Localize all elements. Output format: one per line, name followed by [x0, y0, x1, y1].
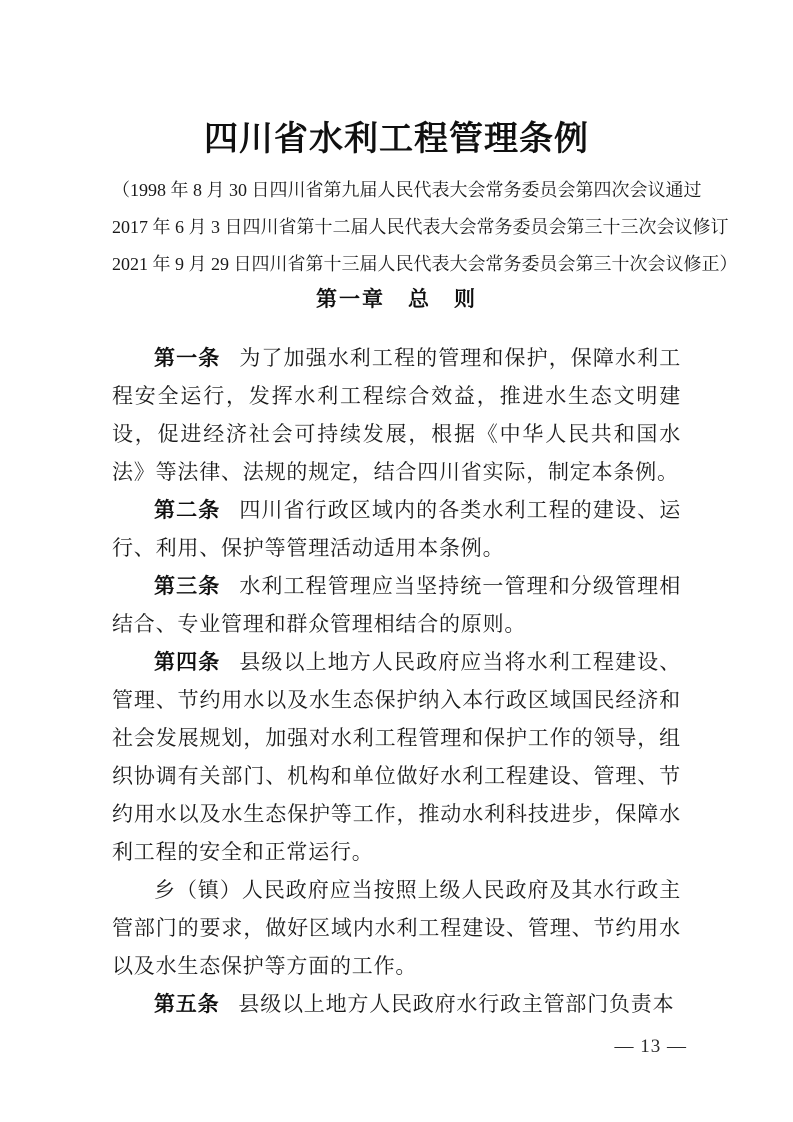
article-paragraph: 第一条为了加强水利工程的管理和保护，保障水利工程安全运行，发挥水利工程综合效益，… — [112, 339, 681, 491]
document-title: 四川省水利工程管理条例 — [112, 0, 681, 160]
article-paragraph: 乡（镇）人民政府应当按照上级人民政府及其水行政主管部门的要求，做好区域内水利工程… — [112, 871, 681, 985]
article-paragraph: 第二条四川省行政区域内的各类水利工程的建设、运行、利用、保护等管理活动适用本条例… — [112, 491, 681, 567]
article-label: 第四条 — [154, 650, 220, 674]
article-body: 第一条为了加强水利工程的管理和保护，保障水利工程安全运行，发挥水利工程综合效益，… — [112, 339, 681, 1023]
preamble-line: 2017 年 6 月 3 日四川省第十二届人民代表大会常务委员会第三十三次会议修… — [112, 209, 681, 246]
article-text: 县级以上地方人民政府应当将水利工程建设、管理、节约用水以及水生态保护纳入本行政区… — [112, 650, 681, 864]
article-label: 第二条 — [154, 498, 220, 522]
article-text: 乡（镇）人民政府应当按照上级人民政府及其水行政主管部门的要求，做好区域内水利工程… — [112, 878, 681, 978]
page-number: — 13 — — [615, 1036, 688, 1058]
article-label: 第一条 — [154, 346, 220, 370]
article-label: 第三条 — [154, 574, 220, 598]
page-content: 四川省水利工程管理条例 （1998 年 8 月 30 日四川省第九届人民代表大会… — [0, 0, 793, 1023]
article-paragraph: 第五条县级以上地方人民政府水行政主管部门负责本 — [112, 985, 681, 1023]
article-label: 第五条 — [154, 992, 219, 1016]
document-page: 四川省水利工程管理条例 （1998 年 8 月 30 日四川省第九届人民代表大会… — [0, 0, 793, 1122]
chapter-heading: 第一章 总 则 — [112, 283, 681, 317]
article-paragraph: 第三条水利工程管理应当坚持统一管理和分级管理相结合、专业管理和群众管理相结合的原… — [112, 567, 681, 643]
preamble-line: 2021 年 9 月 29 日四川省第十三届人民代表大会常务委员会第三十次会议修… — [112, 246, 681, 283]
preamble: （1998 年 8 月 30 日四川省第九届人民代表大会常务委员会第四次会议通过… — [112, 172, 681, 283]
article-text: 县级以上地方人民政府水行政主管部门负责本 — [238, 992, 674, 1016]
preamble-line: （1998 年 8 月 30 日四川省第九届人民代表大会常务委员会第四次会议通过 — [112, 172, 681, 209]
article-paragraph: 第四条县级以上地方人民政府应当将水利工程建设、管理、节约用水以及水生态保护纳入本… — [112, 643, 681, 871]
